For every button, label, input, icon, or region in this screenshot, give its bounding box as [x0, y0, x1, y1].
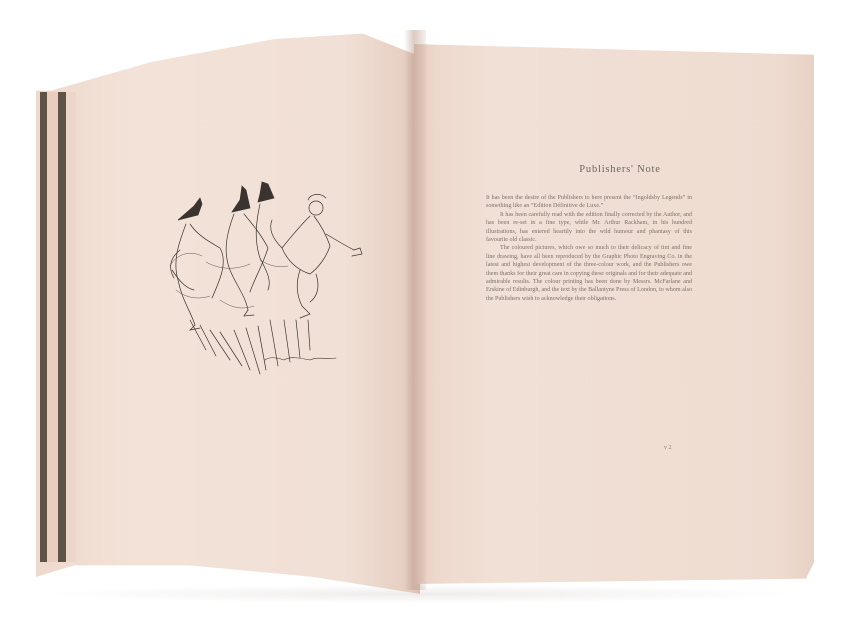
open-book: Publishers' Note It has been the desire … [0, 0, 850, 619]
ribbon-stripe [58, 92, 66, 562]
page-signature-mark: v 2 [664, 445, 672, 451]
book-gutter [404, 30, 426, 590]
publishers-note-text: It has been the desire of the Publishers… [486, 194, 692, 303]
note-paragraph: It has been the desire of the Publishers… [486, 194, 692, 211]
note-paragraph: It has been carefully read with the edit… [486, 211, 692, 245]
binding-ribbon [40, 92, 76, 562]
ribbon-stripe [40, 92, 47, 562]
page-heading: Publishers' Note [520, 164, 720, 175]
note-paragraph: The coloured pictures, which owe so much… [486, 244, 692, 303]
right-page [414, 44, 814, 584]
ribbon-gap [66, 92, 76, 562]
ribbon-gap [47, 92, 58, 562]
rackham-illustration [150, 170, 390, 410]
